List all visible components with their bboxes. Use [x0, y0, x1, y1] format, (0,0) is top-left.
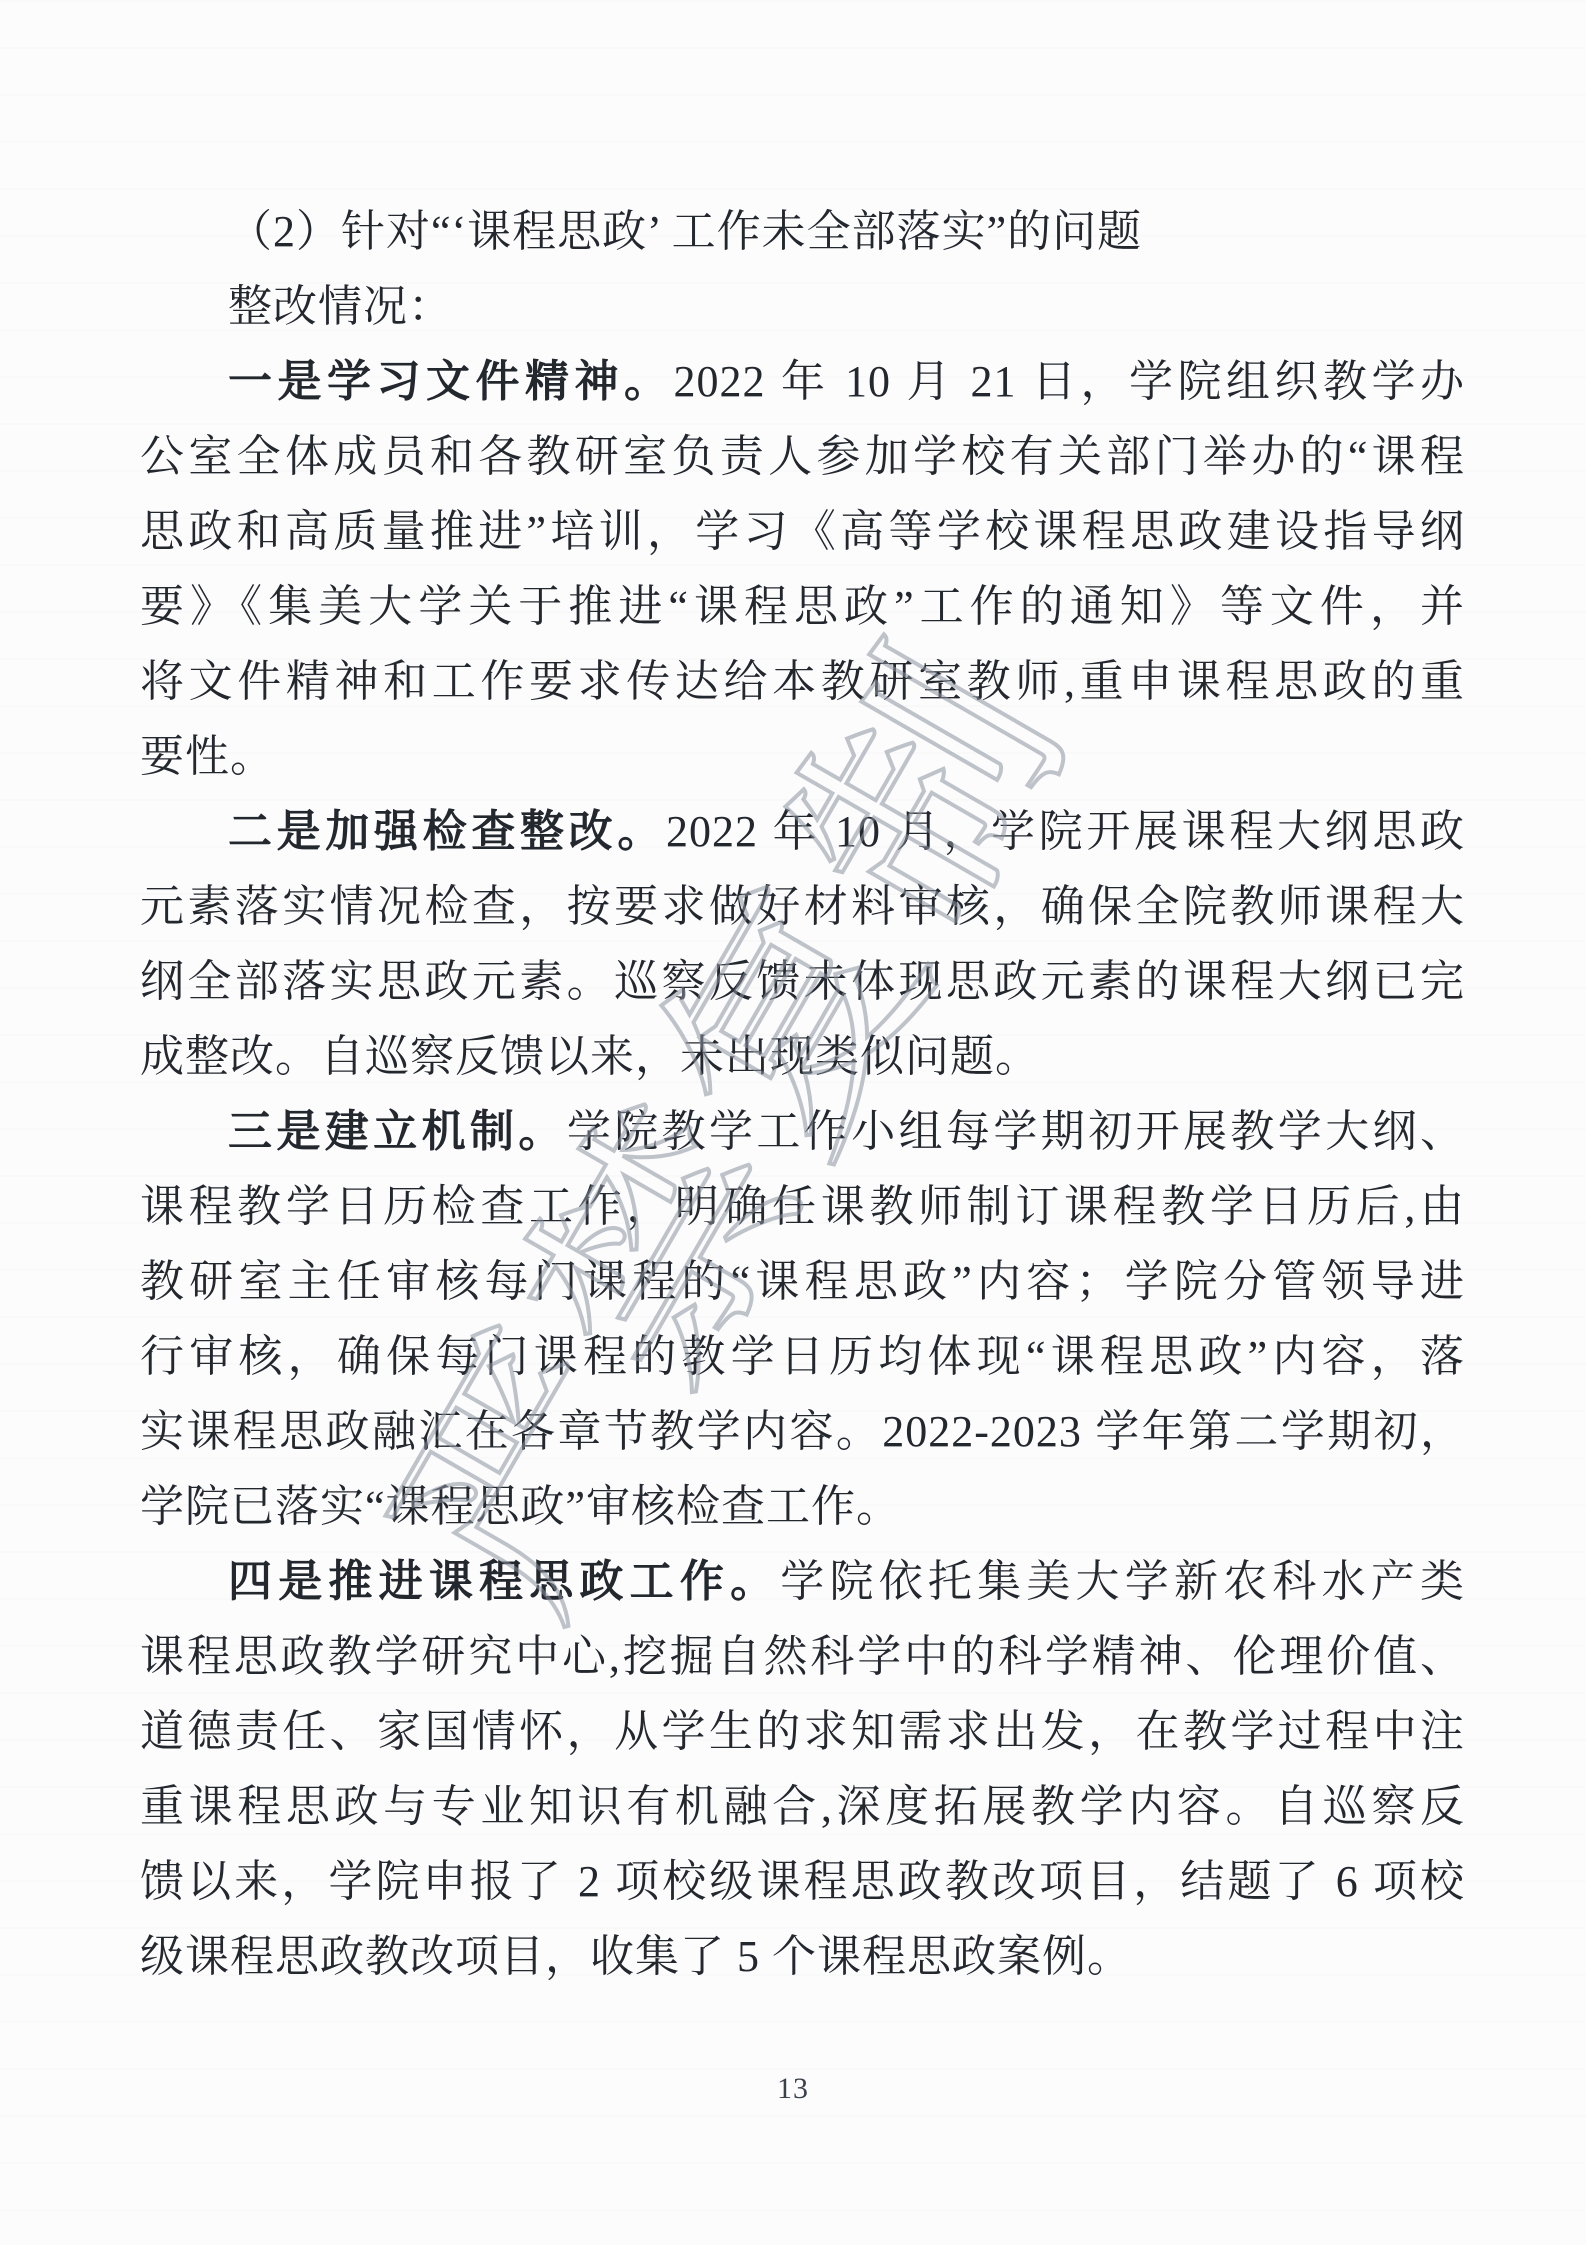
text-line: 级课程思政教改项目，收集了 5 个课程思政案例。 — [140, 1919, 1465, 1994]
line-text: 道德责任、家国情怀，从学生的求知需求出发，在教学过程中注 — [140, 1707, 1465, 1756]
line-text: 公室全体成员和各教研室负责人参加学校有关部门举办的“课程 — [140, 432, 1465, 481]
text-line: 学院已落实“课程思政”审核检查工作。 — [140, 1469, 1465, 1544]
text-line: 行审核，确保每门课程的教学日历均体现“课程思政”内容，落 — [140, 1319, 1465, 1394]
line-text: 课程思政教学研究中心,挖掘自然科学中的科学精神、伦理价值、 — [140, 1632, 1465, 1681]
text-line: 二是加强检查整改。2022 年 10 月，学院开展课程大纲思政 — [140, 794, 1465, 869]
text-line: 一是学习文件精神。2022 年 10 月 21 日，学院组织教学办 — [140, 344, 1465, 419]
text-line: 思政和高质量推进”培训，学习《高等学校课程思政建设指导纲 — [140, 494, 1465, 569]
text-line: 公室全体成员和各教研室负责人参加学校有关部门举办的“课程 — [140, 419, 1465, 494]
line-text: 将文件精神和工作要求传达给本教研室教师,重申课程思政的重 — [140, 657, 1465, 706]
text-line: 将文件精神和工作要求传达给本教研室教师,重申课程思政的重 — [140, 644, 1465, 719]
text-line: 实课程思政融汇在各章节教学内容。2022-2023 学年第二学期初， — [140, 1394, 1465, 1469]
line-text: 馈以来，学院申报了 2 项校级课程思政教改项目，结题了 6 项校 — [140, 1857, 1465, 1906]
line-text: 教研室主任审核每门课程的“课程思政”内容；学院分管领导进 — [140, 1257, 1465, 1306]
line-text: （2）针对“‘课程思政’ 工作未全部落实”的问题 — [228, 207, 1142, 256]
text-line: 成整改。自巡察反馈以来，未出现类似问题。 — [140, 1019, 1465, 1094]
line-text: 整改情况： — [228, 282, 453, 331]
line-text: 课程教学日历检查工作，明确任课教师制订课程教学日历后,由 — [140, 1182, 1465, 1231]
line-text: 成整改。自巡察反馈以来，未出现类似问题。 — [140, 1032, 1040, 1081]
paragraph-lead: 一是学习文件精神。 — [228, 357, 674, 406]
line-text: 纲全部落实思政元素。巡察反馈未体现思政元素的课程大纲已完 — [140, 957, 1465, 1006]
line-text: 级课程思政教改项目，收集了 5 个课程思政案例。 — [140, 1932, 1132, 1981]
line-text: 元素落实情况检查，按要求做好材料审核，确保全院教师课程大 — [140, 882, 1465, 931]
line-text: 要》《集美大学关于推进“课程思政”工作的通知》等文件，并 — [140, 582, 1465, 631]
paragraph-lead: 二是加强检查整改。 — [228, 807, 666, 856]
text-line: 要性。 — [140, 719, 1465, 794]
text-line: 四是推进课程思政工作。学院依托集美大学新农科水产类 — [140, 1544, 1465, 1619]
text-line: 馈以来，学院申报了 2 项校级课程思政教改项目，结题了 6 项校 — [140, 1844, 1465, 1919]
line-text: 学院已落实“课程思政”审核检查工作。 — [140, 1482, 901, 1531]
line-text: 2022 年 10 月 21 日，学院组织教学办 — [674, 357, 1466, 406]
document-body: （2）针对“‘课程思政’ 工作未全部落实”的问题整改情况：一是学习文件精神。20… — [140, 194, 1465, 1994]
line-text: 重课程思政与专业知识有机融合,深度拓展教学内容。自巡察反 — [140, 1782, 1465, 1831]
line-text: 实课程思政融汇在各章节教学内容。2022-2023 学年第二学期初， — [140, 1407, 1465, 1456]
text-line: 纲全部落实思政元素。巡察反馈未体现思政元素的课程大纲已完 — [140, 944, 1465, 1019]
line-text: 学院依托集美大学新农科水产类 — [780, 1557, 1465, 1606]
paragraph-lead: 三是建立机制。 — [228, 1107, 567, 1156]
text-line: 道德责任、家国情怀，从学生的求知需求出发，在教学过程中注 — [140, 1694, 1465, 1769]
line-text: 行审核，确保每门课程的教学日历均体现“课程思政”内容，落 — [140, 1332, 1465, 1381]
text-line: 教研室主任审核每门课程的“课程思政”内容；学院分管领导进 — [140, 1244, 1465, 1319]
line-text: 要性。 — [140, 732, 275, 781]
document-page: （2）针对“‘课程思政’ 工作未全部落实”的问题整改情况：一是学习文件精神。20… — [0, 0, 1586, 2245]
text-line: 课程教学日历检查工作，明确任课教师制订课程教学日历后,由 — [140, 1169, 1465, 1244]
text-line: （2）针对“‘课程思政’ 工作未全部落实”的问题 — [140, 194, 1465, 269]
text-line: 整改情况： — [140, 269, 1465, 344]
page-number: 13 — [0, 2072, 1586, 2106]
line-text: 学院教学工作小组每学期初开展教学大纲、 — [567, 1107, 1465, 1156]
paragraph-lead: 四是推进课程思政工作。 — [228, 1557, 780, 1606]
text-line: 要》《集美大学关于推进“课程思政”工作的通知》等文件，并 — [140, 569, 1465, 644]
text-line: 重课程思政与专业知识有机融合,深度拓展教学内容。自巡察反 — [140, 1769, 1465, 1844]
text-line: 三是建立机制。学院教学工作小组每学期初开展教学大纲、 — [140, 1094, 1465, 1169]
line-text: 思政和高质量推进”培训，学习《高等学校课程思政建设指导纲 — [140, 507, 1465, 556]
line-text: 2022 年 10 月，学院开展课程大纲思政 — [666, 807, 1465, 856]
text-line: 课程思政教学研究中心,挖掘自然科学中的科学精神、伦理价值、 — [140, 1619, 1465, 1694]
text-line: 元素落实情况检查，按要求做好材料审核，确保全院教师课程大 — [140, 869, 1465, 944]
